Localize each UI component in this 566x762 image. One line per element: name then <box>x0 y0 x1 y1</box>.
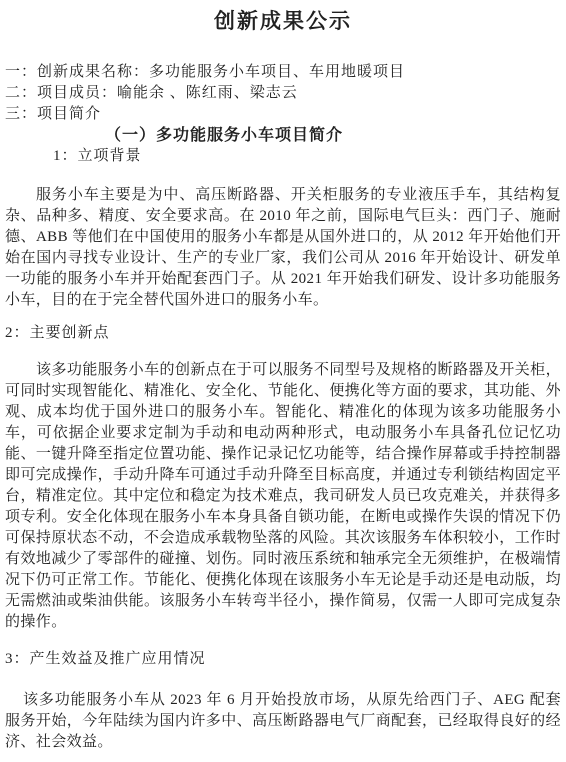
meta-line-achievement-name: 一：创新成果名称：多功能服务小车项目、车用地暖项目 <box>5 62 561 83</box>
section-heading-service-cart-intro: （一）多功能服务小车项目简介 <box>105 125 561 146</box>
paragraph-main-innovations: 该多功能服务小车的创新点在于可以服务不同型号及规格的断路器及开关柜，可同时实现智… <box>5 360 561 633</box>
subsection-label-benefits-application: 3：产生效益及推广应用情况 <box>5 649 561 670</box>
subsection-label-project-background: 1：立项背景 <box>53 146 561 167</box>
paragraph-benefits-application: 该多功能服务小车从 2023 年 6 月开始投放市场，从原先给西门子、AEG 配… <box>5 690 561 753</box>
meta-line-project-members: 二：项目成员：喻能余 、陈红雨、梁志云 <box>5 83 561 104</box>
document-title: 创新成果公示 <box>5 8 561 34</box>
document-page: 创新成果公示 一：创新成果名称：多功能服务小车项目、车用地暖项目 二：项目成员：… <box>0 0 566 762</box>
meta-line-project-intro: 三：项目简介 <box>5 104 561 125</box>
meta-list: 一：创新成果名称：多功能服务小车项目、车用地暖项目 二：项目成员：喻能余 、陈红… <box>5 62 561 125</box>
subsection-label-main-innovations: 2：主要创新点 <box>5 323 561 344</box>
paragraph-project-background: 服务小车主要是为中、高压断路器、开关柜服务的专业液压手车，其结构复杂、品种多、精… <box>5 185 561 311</box>
